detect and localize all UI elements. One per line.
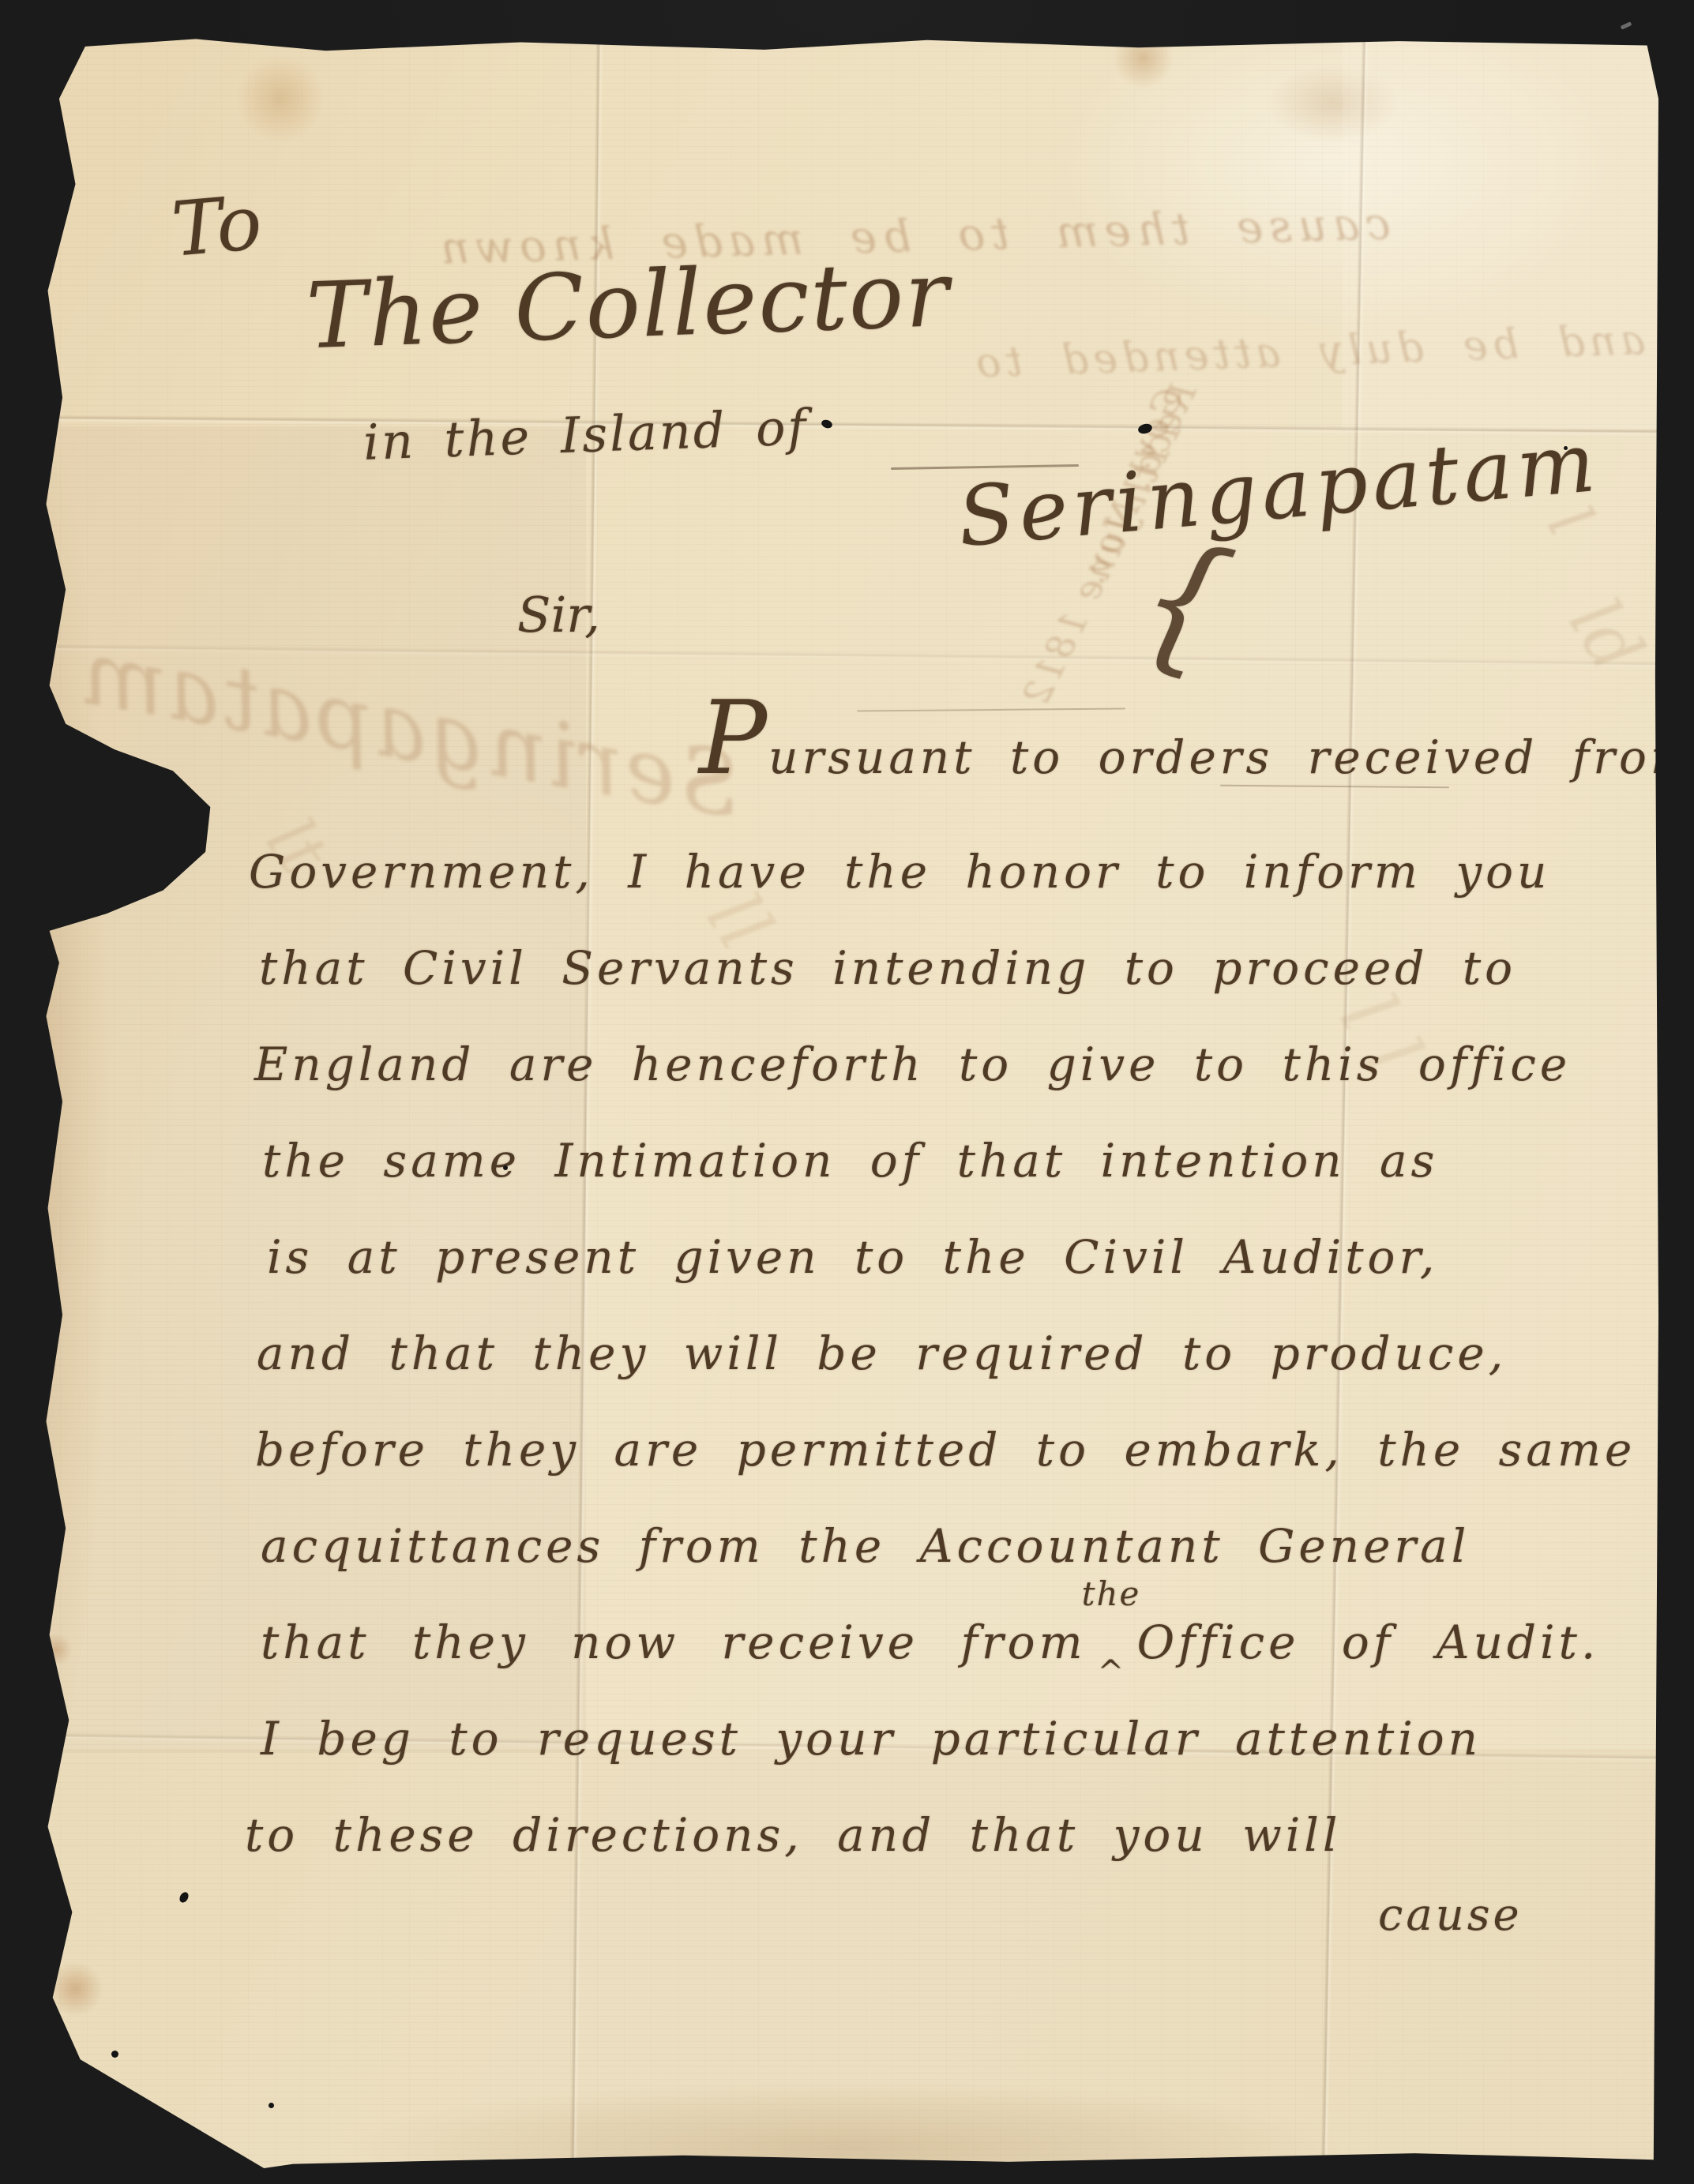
bleedthrough-signature: Seringapatam xyxy=(73,628,747,831)
body-line-7: before they are permitted to embark, the… xyxy=(255,1427,1636,1473)
address-region: in the Island of xyxy=(362,403,809,467)
body-line-9-with-insertion: that they now receive fromthe^Office of … xyxy=(261,1619,1599,1665)
body-line-5: is at present given to the Civil Auditor… xyxy=(267,1234,1438,1280)
address-to: To xyxy=(169,186,265,268)
body-line-11: to these directions, and that you will xyxy=(245,1812,1341,1858)
insertion-point: the^ xyxy=(1087,1650,1137,1658)
body-opening-line: Pursuant to orders received from xyxy=(699,689,1694,790)
bleedthrough-stroke-5: ld xyxy=(1557,588,1654,684)
body-line-9-after: Office of Audit. xyxy=(1137,1615,1600,1669)
salutation: Sir, xyxy=(517,591,600,640)
opening-initial: P xyxy=(699,680,768,797)
body-line-10: I beg to request your particular attenti… xyxy=(261,1716,1482,1762)
body-line-9-before: that they now receive from xyxy=(261,1615,1087,1669)
body-line-4: the same Intimation of that intention as xyxy=(262,1138,1438,1184)
fold-tear-hole-1 xyxy=(821,418,834,430)
bleedthrough-second-line: and be duly attended to xyxy=(971,320,1646,385)
photo-background: cause them to be made known and be duly … xyxy=(0,0,1694,2184)
body-line-1: Government, I have the honor to inform y… xyxy=(249,849,1550,895)
pinhole-3 xyxy=(269,2103,274,2108)
pinhole-5 xyxy=(1564,446,1568,450)
address-place: Seringapatam xyxy=(955,421,1602,559)
letter-sheet: cause them to be made known and be duly … xyxy=(33,35,1658,2168)
corner-fold-flap xyxy=(59,2091,249,2170)
background-scratch xyxy=(1621,21,1632,29)
pinhole-1 xyxy=(178,1890,190,1904)
pinhole-2 xyxy=(111,2051,118,2058)
catchword: cause xyxy=(1378,1893,1523,1938)
inserted-word: the xyxy=(1082,1578,1141,1611)
body-line-2: that Civil Servants intending to proceed… xyxy=(259,945,1516,991)
body-line-6: and that they will be required to produc… xyxy=(257,1330,1507,1376)
insertion-caret-icon: ^ xyxy=(1098,1657,1129,1688)
pinhole-4 xyxy=(503,1165,508,1170)
body-line-8: acquittances from the Accountant General xyxy=(261,1523,1470,1569)
letter-content: cause them to be made known and be duly … xyxy=(0,0,1694,2184)
address-recipient: The Collector xyxy=(305,250,952,362)
opening-rest: ursuant to orders received from xyxy=(768,730,1694,784)
body-line-3: England are henceforth to give to this o… xyxy=(254,1041,1571,1087)
